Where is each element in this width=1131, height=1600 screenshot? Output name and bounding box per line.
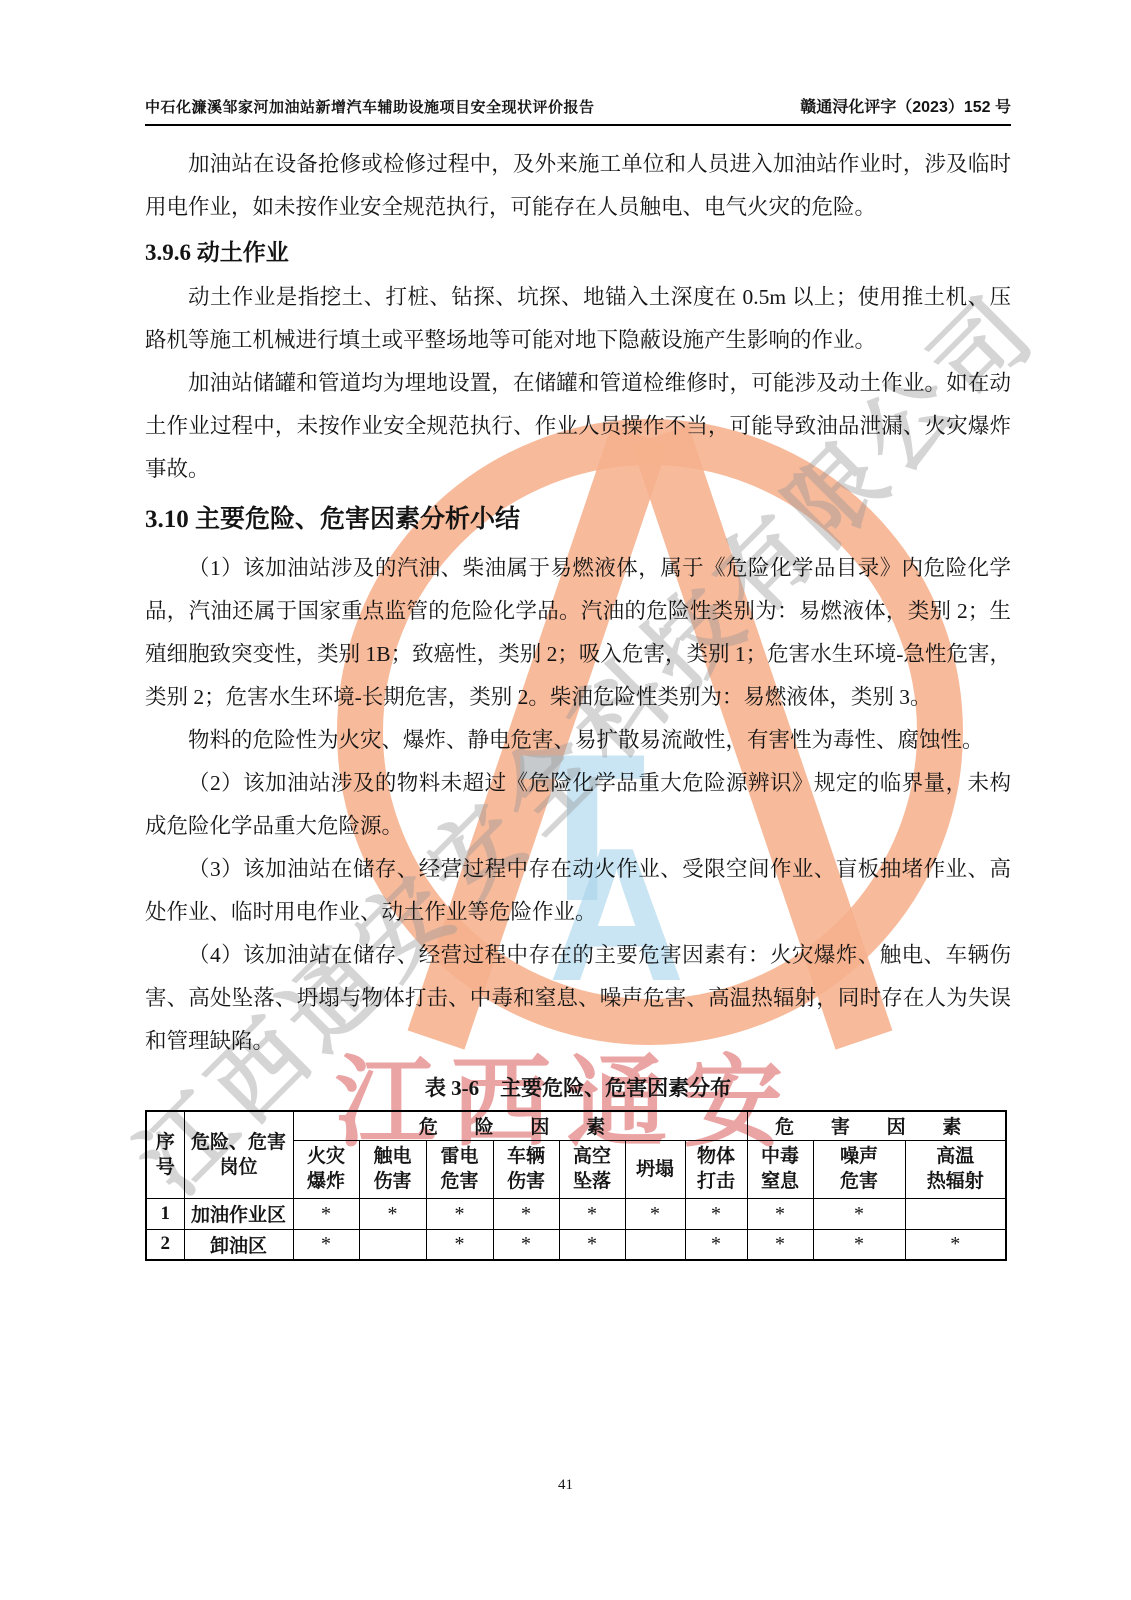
paragraph-earthwork-risk: 加油站储罐和管道均为埋地设置，在储罐和管道检维修时，可能涉及动土作业。如在动土作… (145, 362, 1011, 491)
page-footer: 41 (0, 1477, 1131, 1494)
paragraph-summary-2: 物料的危险性为火灾、爆炸、静电危害、易扩散易流敞性，有害性为毒性、腐蚀性。 (145, 719, 1011, 762)
group-header-cell: 危 险 因 素 (293, 1111, 747, 1140)
table-title: 表 3-6 主要危险、危害因素分布 (145, 1071, 1011, 1105)
paragraph-summary-1: （1）该加油站涉及的汽油、柴油属于易燃液体，属于《危险化学品目录》内危险化学品，… (145, 547, 1011, 719)
column-header-cell: 物体 打击 (685, 1140, 747, 1198)
mark-cell: * (625, 1198, 685, 1229)
mark-cell: * (685, 1229, 747, 1260)
table-row: 1加油作业区********* (146, 1198, 1006, 1229)
mark-cell: * (426, 1198, 493, 1229)
column-header-cell: 火灾 爆炸 (293, 1140, 359, 1198)
paragraph-summary-4: （3）该加油站在储存、经营过程中存在动火作业、受限空间作业、盲板抽堵作业、高处作… (145, 848, 1011, 934)
page-header: 中石化濂溪邹家河加油站新增汽车辅助设施项目安全现状评价报告 赣通浔化评字（202… (145, 94, 1011, 126)
table-row: 2卸油区******** (146, 1229, 1006, 1260)
column-header-cell: 坍塌 (625, 1140, 685, 1198)
mark-cell (359, 1229, 426, 1260)
mark-cell: * (905, 1229, 1006, 1260)
corner-header-cell: 危险、危害 岗位 (184, 1111, 293, 1198)
mark-cell: * (493, 1229, 559, 1260)
paragraph-electric-risk: 加油站在设备抢修或检修过程中，及外来施工单位和人员进入加油站作业时，涉及临时用电… (145, 143, 1011, 229)
row-number-cell: 2 (146, 1229, 184, 1260)
column-header-cell: 雷电 危害 (426, 1140, 493, 1198)
table-body: 1加油作业区*********2卸油区******** (146, 1198, 1006, 1260)
section-heading-3-9-6: 3.9.6 动土作业 (145, 230, 1011, 275)
header-document-number: 赣通浔化评字（2023）152 号 (800, 94, 1011, 117)
post-name-cell: 卸油区 (184, 1229, 293, 1260)
mark-cell: * (813, 1229, 905, 1260)
page-number: 41 (558, 1477, 573, 1493)
mark-cell (625, 1229, 685, 1260)
mark-cell: * (747, 1198, 813, 1229)
row-number-cell: 1 (146, 1198, 184, 1229)
column-header-cell: 触电 伤害 (359, 1140, 426, 1198)
group-header-cell: 危 害 因 素 (747, 1111, 1006, 1140)
paragraph-earthwork-definition: 动土作业是指挖土、打桩、钻探、坑探、地锚入土深度在 0.5m 以上；使用推土机、… (145, 276, 1011, 362)
header-report-title: 中石化濂溪邹家河加油站新增汽车辅助设施项目安全现状评价报告 (145, 96, 595, 117)
mark-cell: * (747, 1229, 813, 1260)
table-group-header-row: 序 号危险、危害 岗位危 险 因 素危 害 因 素 (146, 1111, 1006, 1140)
mark-cell: * (559, 1198, 625, 1229)
column-header-cell: 中毒 窒息 (747, 1140, 813, 1198)
document-body: 加油站在设备抢修或检修过程中，及外来施工单位和人员进入加油站作业时，涉及临时用电… (145, 143, 1011, 1261)
mark-cell: * (426, 1229, 493, 1260)
mark-cell (905, 1198, 1006, 1229)
column-header-cell: 高温 热辐射 (905, 1140, 1006, 1198)
column-header-cell: 车辆 伤害 (493, 1140, 559, 1198)
mark-cell: * (559, 1229, 625, 1260)
table-head: 序 号危险、危害 岗位危 险 因 素危 害 因 素火灾 爆炸触电 伤害雷电 危害… (146, 1111, 1006, 1198)
post-name-cell: 加油作业区 (184, 1198, 293, 1229)
mark-cell: * (293, 1198, 359, 1229)
section-heading-3-10: 3.10 主要危险、危害因素分析小结 (145, 494, 1011, 546)
corner-header-cell: 序 号 (146, 1111, 184, 1198)
column-header-cell: 噪声 危害 (813, 1140, 905, 1198)
mark-cell: * (685, 1198, 747, 1229)
paragraph-summary-5: （4）该加油站在储存、经营过程中存在的主要危害因素有：火灾爆炸、触电、车辆伤害、… (145, 934, 1011, 1063)
mark-cell: * (359, 1198, 426, 1229)
hazard-table: 序 号危险、危害 岗位危 险 因 素危 害 因 素火灾 爆炸触电 伤害雷电 危害… (145, 1110, 1007, 1261)
mark-cell: * (293, 1229, 359, 1260)
report-page: T A 江西通安安全科技有限公司 江西通安 中石化濂溪邹家河加油站新增汽车辅助设… (0, 0, 1131, 1600)
mark-cell: * (813, 1198, 905, 1229)
column-header-cell: 高空 坠落 (559, 1140, 625, 1198)
paragraph-summary-3: （2）该加油站涉及的物料未超过《危险化学品重大危险源辨识》规定的临界量，未构成危… (145, 762, 1011, 848)
mark-cell: * (493, 1198, 559, 1229)
